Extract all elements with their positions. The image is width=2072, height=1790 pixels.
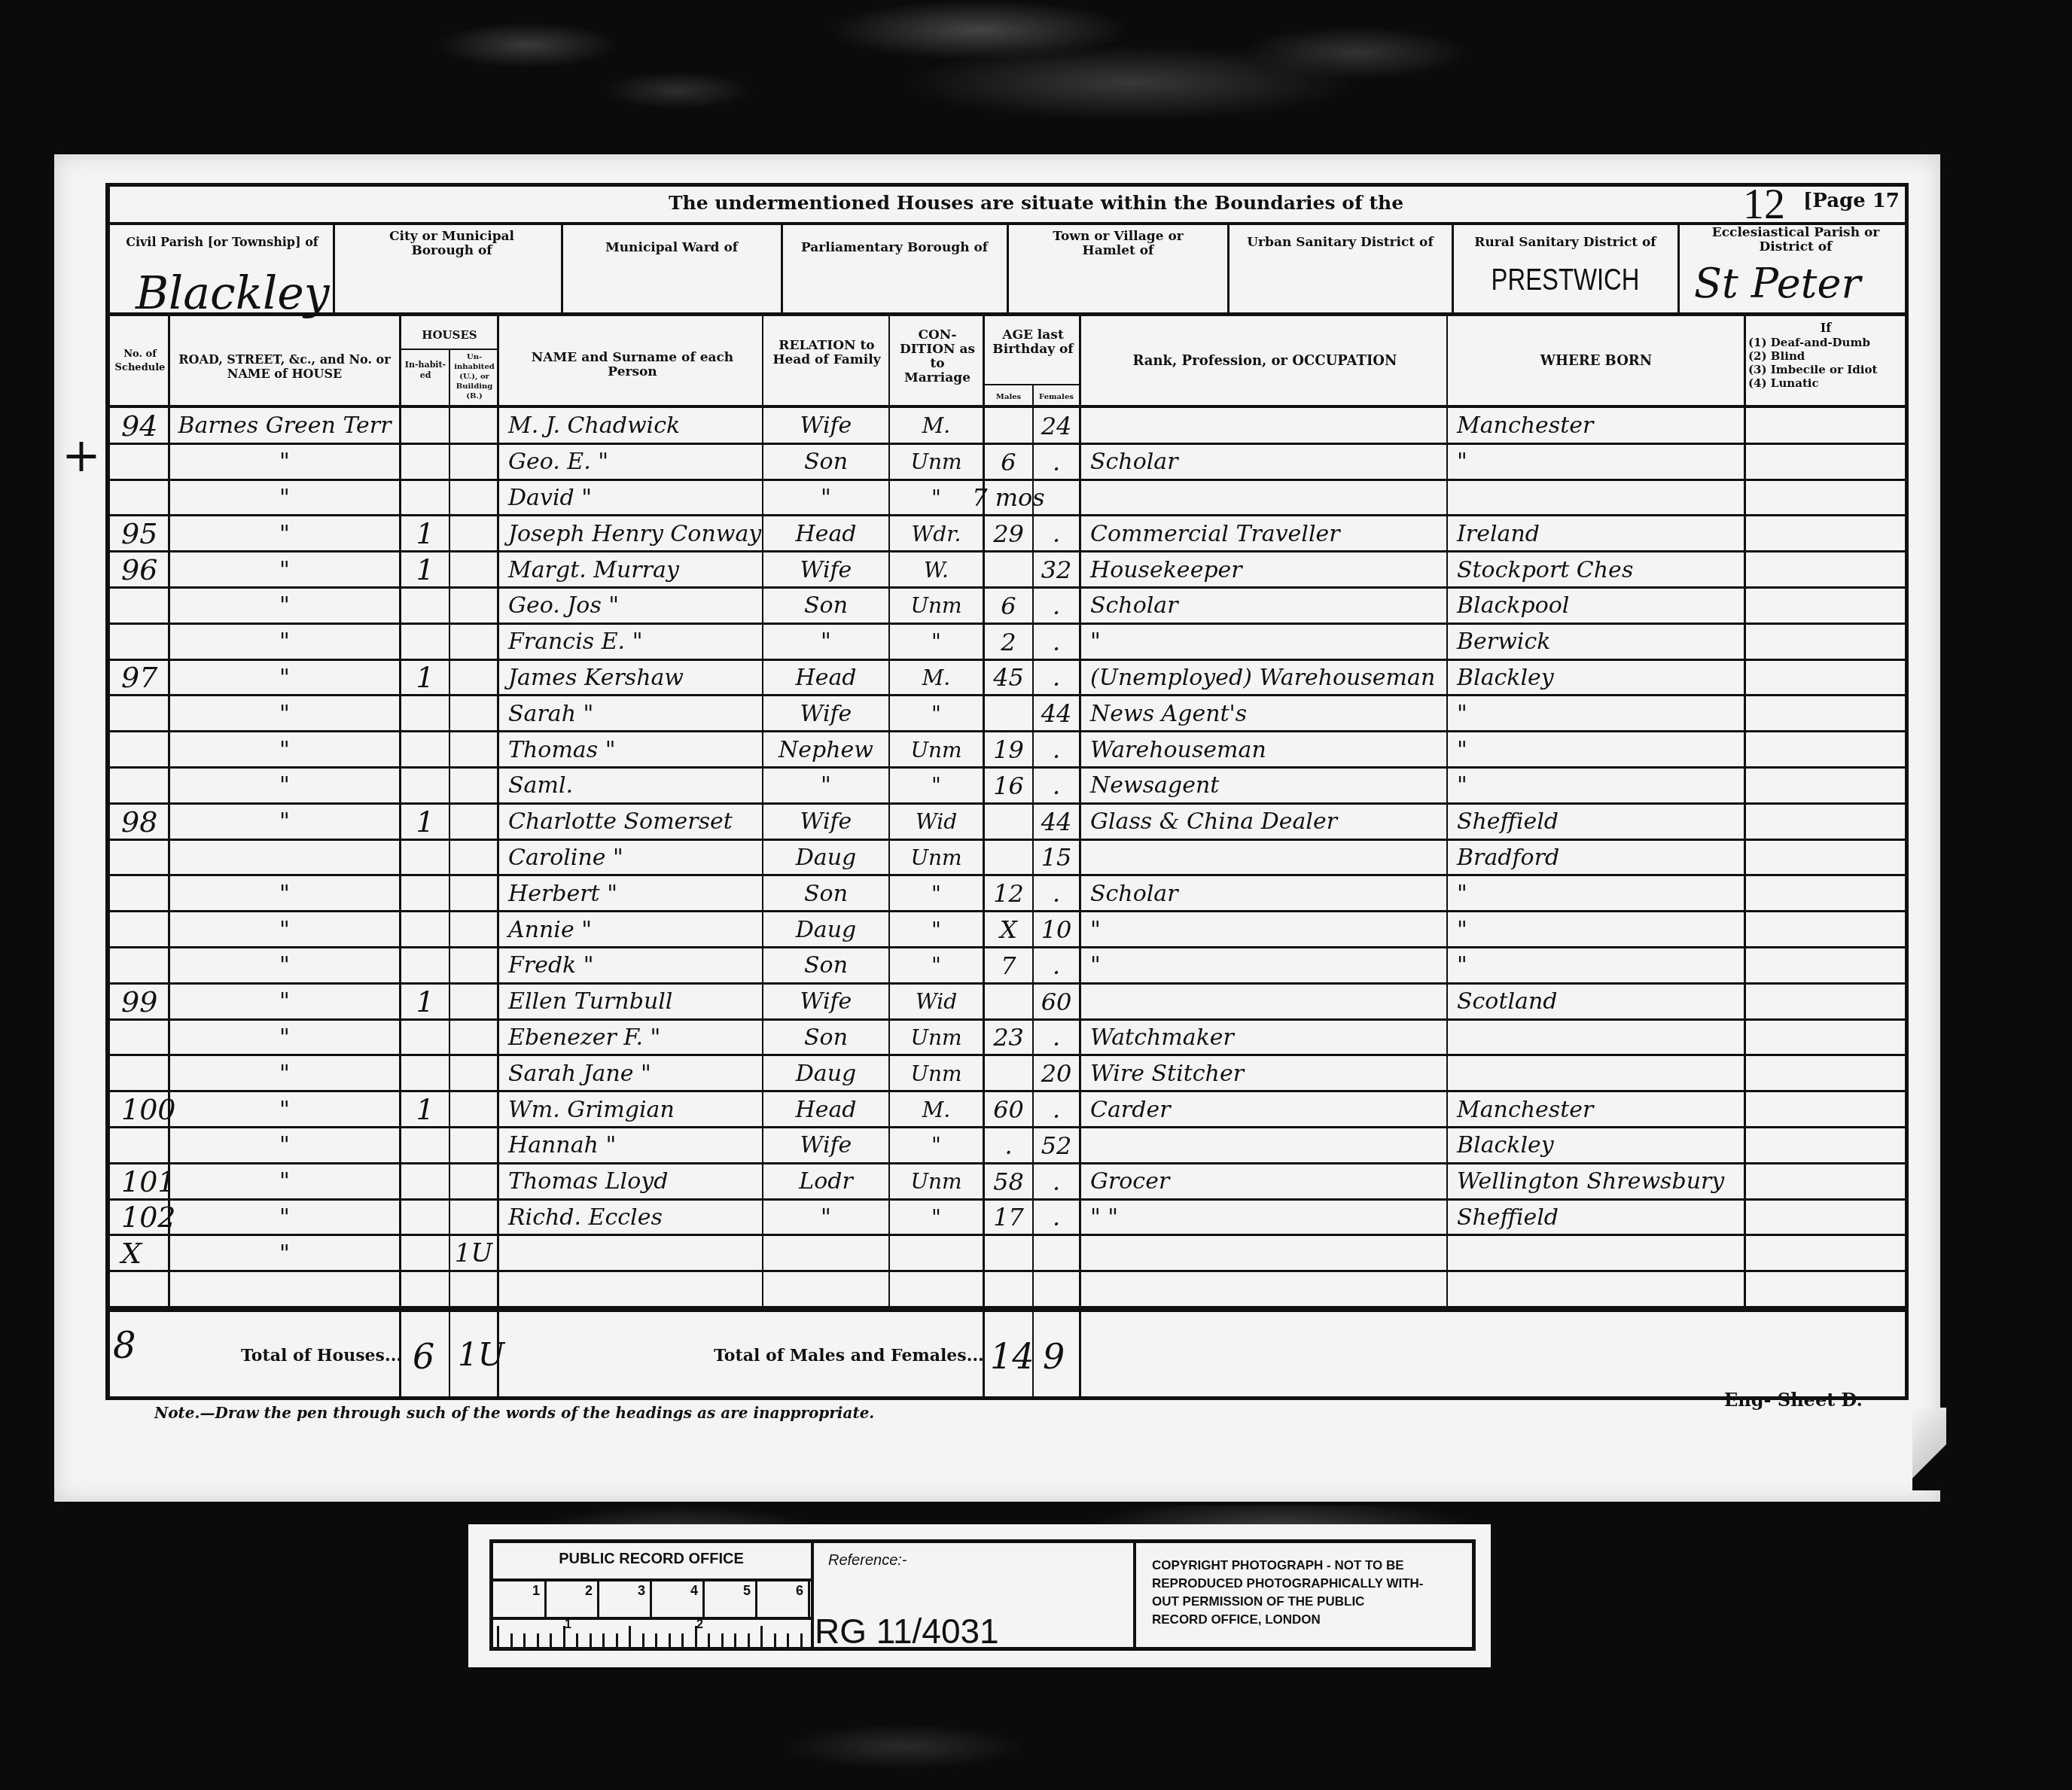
cell-name: Wm. Grimgian [499,1091,762,1128]
ruler-tick [590,1633,592,1647]
cell-name: Sarah " [499,696,762,732]
cell-occupation: Newsagent [1081,768,1446,804]
cell-inhabited [401,912,449,948]
cell-females: . [1034,768,1079,804]
cell-inhabited [401,732,449,768]
cell-inhabited [401,1020,449,1056]
cell-where-born [1448,1271,1744,1307]
cell-schedule: 97 [112,660,168,696]
cell-occupation [1081,1128,1446,1164]
cell-where-born [1448,480,1744,516]
cell-relation: Wife [763,696,888,732]
col-header-infirmity-3: (3) Imbecile or Idiot [1748,363,1877,376]
cell-where-born: " [1448,696,1744,732]
cell-uninhabited: 1U [450,1235,497,1271]
ruler-number: 2 [585,1583,593,1599]
col-header-where-born: WHERE BORN [1449,354,1743,368]
cell-condition: Unm [890,840,983,876]
col-header-inhabited: In-habit-ed [404,360,447,381]
total-houses-label: Total of Houses... [241,1346,402,1365]
cell-females: . [1034,588,1079,624]
cell-inhabited: 1 [401,552,449,588]
cell-relation: Son [763,444,888,480]
cell-name: Charlotte Somerset [499,804,762,840]
cell-inhabited [401,840,449,876]
cell-schedule [112,875,168,912]
cell-males: 60 [985,1091,1032,1128]
cell-name: Ellen Turnbull [499,984,762,1020]
cell-males: 58 [985,1164,1032,1200]
cell-inhabited: 1 [401,984,449,1020]
cell-uninhabited [450,912,497,948]
cell-occupation: Glass & China Dealer [1081,804,1446,840]
cell-relation: Wife [763,984,888,1020]
cell-females: 52 [1034,1128,1079,1164]
cell-males: 6 [985,588,1032,624]
cell-name: Ebenezer F. " [499,1020,762,1056]
cell-occupation: Warehouseman [1081,732,1446,768]
total-males: 14 [990,1336,1034,1377]
cell-females: . [1034,1020,1079,1056]
cell-relation: Nephew [763,732,888,768]
pro-office-title: PUBLIC RECORD OFFICE [491,1551,812,1568]
cell-females: . [1034,516,1079,552]
cell-males [985,840,1032,876]
cell-females: . [1034,1200,1079,1236]
ruler-tick [681,1633,684,1647]
footer-note: Note.—Draw the pen through such of the w… [154,1404,874,1422]
ruler-tick [510,1633,513,1647]
cell-relation: Head [763,1091,888,1128]
cell-schedule: 94 [112,408,168,444]
cell-where-born: Blackley [1448,1128,1744,1164]
total-inhabited: 6 [413,1336,434,1377]
cell-schedule: 96 [112,552,168,588]
cell-schedule [112,732,168,768]
col-header-infirmity-if: If [1744,321,1907,335]
cell-occupation: Scholar [1081,875,1446,912]
cell-occupation [1081,1271,1446,1307]
cell-name: Thomas " [499,732,762,768]
col-header-females: Females [1033,390,1080,404]
cell-condition: " [890,1128,983,1164]
col-header-road: ROAD, STREET, &c., and No. or NAME of HO… [172,352,398,381]
cell-occupation: News Agent's [1081,696,1446,732]
cell-road: " [170,660,399,696]
cell-females: 32 [1034,552,1079,588]
cell-schedule [112,1271,168,1307]
cell-uninhabited [450,1128,497,1164]
cell-uninhabited [450,1200,497,1236]
cell-condition: " [890,948,983,984]
cell-schedule: 98 [112,804,168,840]
cell-road: " [170,624,399,660]
ruler-tick [629,1626,631,1647]
cell-relation: Wife [763,552,888,588]
col-header-uninhabited: Un-inhabited (U.), or Building (B.) [452,352,497,401]
cell-where-born: Bradford [1448,840,1744,876]
cell-relation: Wife [763,804,888,840]
total-persons-label: Total of Males and Females... [714,1346,984,1365]
cell-females: 44 [1034,696,1079,732]
cell-uninhabited [450,1164,497,1200]
cell-inhabited: 1 [401,1091,449,1128]
cell-name: Caroline " [499,840,762,876]
cell-where-born: Manchester [1448,1091,1744,1128]
cell-females: . [1034,660,1079,696]
cell-uninhabited [450,875,497,912]
ruler-tick [597,1581,599,1617]
cell-name: Annie " [499,912,762,948]
cell-occupation: Housekeeper [1081,552,1446,588]
cell-condition: " [890,624,983,660]
cell-road: " [170,516,399,552]
cell-where-born: " [1448,912,1744,948]
district-divider [1677,224,1680,314]
cell-name: David " [499,480,762,516]
cell-name [499,1235,762,1271]
cell-road: " [170,804,399,840]
cell-males [985,1271,1032,1307]
district-divider [333,224,335,314]
cell-uninhabited [450,1271,497,1307]
ruler-tick [655,1633,657,1647]
cell-condition: Unm [890,1164,983,1200]
cell-occupation: Commercial Traveller [1081,516,1446,552]
cell-where-born [1448,1020,1744,1056]
cell-road: " [170,984,399,1020]
district-value-rural-sanitary: PRESTWICH [1474,263,1657,297]
ruler-number: 1 [565,1618,571,1632]
cell-females: 15 [1034,840,1079,876]
cell-name: Saml. [499,768,762,804]
cell-schedule [112,624,168,660]
ruler-tick [755,1581,757,1617]
district-label-rural-sanitary: Rural Sanitary District of [1454,236,1677,250]
reference-value: RG 11/4031 [815,1611,999,1651]
cell-condition: " [890,875,983,912]
cell-uninhabited [450,660,497,696]
cell-uninhabited [450,444,497,480]
ruler-tick [642,1633,644,1647]
cell-name: Herbert " [499,875,762,912]
cell-where-born: " [1448,768,1744,804]
cell-condition: " [890,912,983,948]
total-schedules: 8 [113,1325,136,1367]
cell-males [985,984,1032,1020]
totals-divider [110,1308,1905,1312]
cell-occupation: " " [1081,1200,1446,1236]
cell-inhabited [401,588,449,624]
cell-condition: " [890,480,983,516]
cell-uninhabited [450,588,497,624]
col-header-infirmity-4: (4) Lunatic [1748,376,1819,390]
cell-where-born: Sheffield [1448,1200,1744,1236]
cell-uninhabited [450,948,497,984]
cell-females: 44 [1034,804,1079,840]
cell-occupation: " [1081,912,1446,948]
cell-schedule [112,912,168,948]
cell-inhabited [401,1128,449,1164]
cell-schedule [112,696,168,732]
cell-name: Hannah " [499,1128,762,1164]
cell-relation: " [763,768,888,804]
cell-condition: Unm [890,732,983,768]
cell-condition [890,1271,983,1307]
cell-males: 2 [985,624,1032,660]
cell-name: Thomas Lloyd [499,1164,762,1200]
cell-uninhabited [450,516,497,552]
cell-name: Francis E. " [499,624,762,660]
cell-road: " [170,480,399,516]
cell-occupation [1081,1235,1446,1271]
pro-label-divider [491,1617,812,1620]
cell-schedule [112,588,168,624]
cell-name: Geo. Jos " [499,588,762,624]
cell-occupation [1081,984,1446,1020]
ruler-tick [800,1633,803,1647]
cell-relation: Head [763,516,888,552]
district-divider [781,224,783,314]
district-label-ward: Municipal Ward of [563,241,780,255]
cell-condition: Unm [890,588,983,624]
cell-schedule: X [112,1235,168,1271]
ruler-tick [721,1633,724,1647]
cell-males [985,1055,1032,1091]
cell-road: " [170,1164,399,1200]
district-header-divider [110,312,1905,316]
cell-relation: Lodr [763,1164,888,1200]
cell-females: . [1034,1091,1079,1128]
cell-road: " [170,1020,399,1056]
ruler-tick [602,1633,605,1647]
cell-inhabited: 1 [401,660,449,696]
cell-occupation: " [1081,948,1446,984]
cell-inhabited [401,408,449,444]
district-label-parliamentary: Parliamentary Borough of [783,241,1006,255]
cell-schedule: 95 [112,516,168,552]
cell-males: 17 [985,1200,1032,1236]
cell-occupation: Watchmaker [1081,1020,1446,1056]
cell-relation: " [763,624,888,660]
cell-name: James Kershaw [499,660,762,696]
cell-condition: Unm [890,1020,983,1056]
district-divider [561,224,563,314]
cell-road [170,840,399,876]
cell-road: " [170,1091,399,1128]
cell-occupation: " [1081,624,1446,660]
cell-name [499,1271,762,1307]
ruler-tick [774,1633,776,1647]
cell-males: 6 [985,444,1032,480]
ruler-number: 3 [638,1583,645,1599]
cell-uninhabited [450,1020,497,1056]
cell-relation: Son [763,948,888,984]
ruler-number: 4 [690,1583,698,1599]
cell-inhabited [401,1200,449,1236]
total-females: 9 [1043,1336,1065,1377]
cell-relation [763,1235,888,1271]
cell-relation: Daug [763,1055,888,1091]
cell-name: Sarah Jane " [499,1055,762,1091]
col-header-infirmity-2: (2) Blind [1748,349,1805,363]
cell-inhabited [401,768,449,804]
cell-schedule [112,1055,168,1091]
cell-males: 19 [985,732,1032,768]
cell-road: " [170,875,399,912]
ruler-tick [544,1581,547,1617]
cell-where-born: " [1448,875,1744,912]
cell-road: " [170,732,399,768]
cell-where-born: Scotland [1448,984,1744,1020]
district-label-town: Town or Village or Hamlet of [1047,230,1190,258]
ruler-tick [576,1633,578,1647]
cell-females: . [1034,1164,1079,1200]
col-header-relation: RELATION to Head of Family [766,339,887,367]
ruler-tick [550,1633,552,1647]
cell-schedule [112,1020,168,1056]
cell-where-born: Wellington Shrewsbury [1448,1164,1744,1200]
cell-road: " [170,696,399,732]
col-header-name: NAME and Surname of each Person [512,351,753,379]
cell-relation: Head [763,660,888,696]
copyright-line-2: REPRODUCED PHOTOGRAPHICALLY WITH- [1152,1576,1424,1591]
cell-uninhabited [450,480,497,516]
cell-females [1034,480,1079,516]
col-header-males: Males [984,390,1033,404]
cell-inhabited [401,1164,449,1200]
cell-males: 16 [985,768,1032,804]
cell-where-born: Stockport Ches [1448,552,1744,588]
cell-inhabited: 1 [401,804,449,840]
cell-road: " [170,1235,399,1271]
district-label-city: City or Municipal Borough of [376,230,527,258]
ruler-tick [616,1633,618,1647]
cell-males [985,696,1032,732]
cell-occupation [1081,480,1446,516]
cell-uninhabited [450,624,497,660]
district-label-ecclesiastical: Ecclesiastical Parish or District of [1694,226,1897,254]
cell-condition: Unm [890,1055,983,1091]
cell-schedule [112,1128,168,1164]
total-uninhabited: 1U [458,1336,504,1373]
cell-schedule [112,768,168,804]
cell-schedule: 100 [112,1091,168,1128]
cell-name: Margt. Murray [499,552,762,588]
cell-inhabited [401,1235,449,1271]
cell-relation: Daug [763,840,888,876]
cell-where-born [1448,1235,1744,1271]
cell-males [985,552,1032,588]
cell-males: 7 [985,948,1032,984]
cell-inhabited [401,444,449,480]
district-label-civil-parish: Civil Parish [or Township] of [111,235,333,249]
district-value-ecclesiastical: St Peter [1694,260,1860,307]
cell-relation [763,1271,888,1307]
reference-label: Reference:- [828,1552,907,1569]
column-divider [1744,316,1746,1310]
cell-schedule [112,948,168,984]
cell-uninhabited [450,804,497,840]
cell-occupation: Wire Stitcher [1081,1055,1446,1091]
cell-inhabited [401,696,449,732]
cell-inhabited [401,948,449,984]
col-header-condition: CON-DITION as to Marriage [896,328,979,385]
col-header-schedule: No. of Schedule [112,348,168,375]
cell-where-born: Berwick [1448,624,1744,660]
cell-name: Joseph Henry Conway [499,516,762,552]
cell-inhabited: 1 [401,516,449,552]
copyright-line-1: COPYRIGHT PHOTOGRAPH - NOT TO BE [1152,1558,1404,1573]
cell-inhabited [401,624,449,660]
cell-road: " [170,948,399,984]
cell-females: . [1034,624,1079,660]
cell-females: . [1034,948,1079,984]
cell-relation: Daug [763,912,888,948]
cell-condition: M. [890,408,983,444]
col-header-infirmity-1: (1) Deaf-and-Dumb [1748,336,1870,349]
cell-males: 45 [985,660,1032,696]
cell-females [1034,1271,1079,1307]
cell-name: Geo. E. " [499,444,762,480]
cell-road: " [170,1055,399,1091]
cell-females: . [1034,875,1079,912]
cell-relation: Son [763,875,888,912]
cell-relation: " [763,480,888,516]
cell-road: " [170,912,399,948]
cell-road: " [170,1128,399,1164]
cell-uninhabited [450,408,497,444]
ruler-tick [523,1633,526,1647]
sheet-label: Eng- Sheet D. [1724,1389,1863,1411]
cell-road: Barnes Green Terr [170,408,399,444]
cell-schedule: 101 [112,1164,168,1200]
cell-occupation: (Unemployed) Warehouseman [1081,660,1446,696]
col-header-occupation: Rank, Profession, or OCCUPATION [1084,354,1446,368]
cell-females: . [1034,732,1079,768]
cell-road [170,1271,399,1307]
cell-where-born: Blackpool [1448,588,1744,624]
cell-inhabited [401,875,449,912]
cell-uninhabited [450,768,497,804]
cell-road: " [170,1200,399,1236]
cell-where-born: " [1448,732,1744,768]
cell-females: 20 [1034,1055,1079,1091]
ruler-number: 2 [696,1618,703,1632]
cell-males: 7 mos [985,480,1032,516]
cell-where-born: " [1448,948,1744,984]
copyright-line-3: OUT PERMISSION OF THE PUBLIC [1152,1594,1364,1609]
cell-relation: Wife [763,408,888,444]
cell-schedule [112,444,168,480]
cell-occupation: Carder [1081,1091,1446,1128]
copyright-line-4: RECORD OFFICE, LONDON [1152,1612,1321,1627]
cell-schedule [112,840,168,876]
cell-occupation [1081,408,1446,444]
cell-males: X [985,912,1032,948]
page-corner-curl [1912,1408,1946,1490]
cell-occupation: Scholar [1081,588,1446,624]
cell-uninhabited [450,552,497,588]
cell-condition: W. [890,552,983,588]
cell-condition: Unm [890,444,983,480]
cell-males: 12 [985,875,1032,912]
ruler-tick [650,1581,652,1617]
ruler-tick [760,1626,763,1647]
cell-males: . [985,1128,1032,1164]
cell-uninhabited [450,840,497,876]
cell-schedule: 102 [112,1200,168,1236]
